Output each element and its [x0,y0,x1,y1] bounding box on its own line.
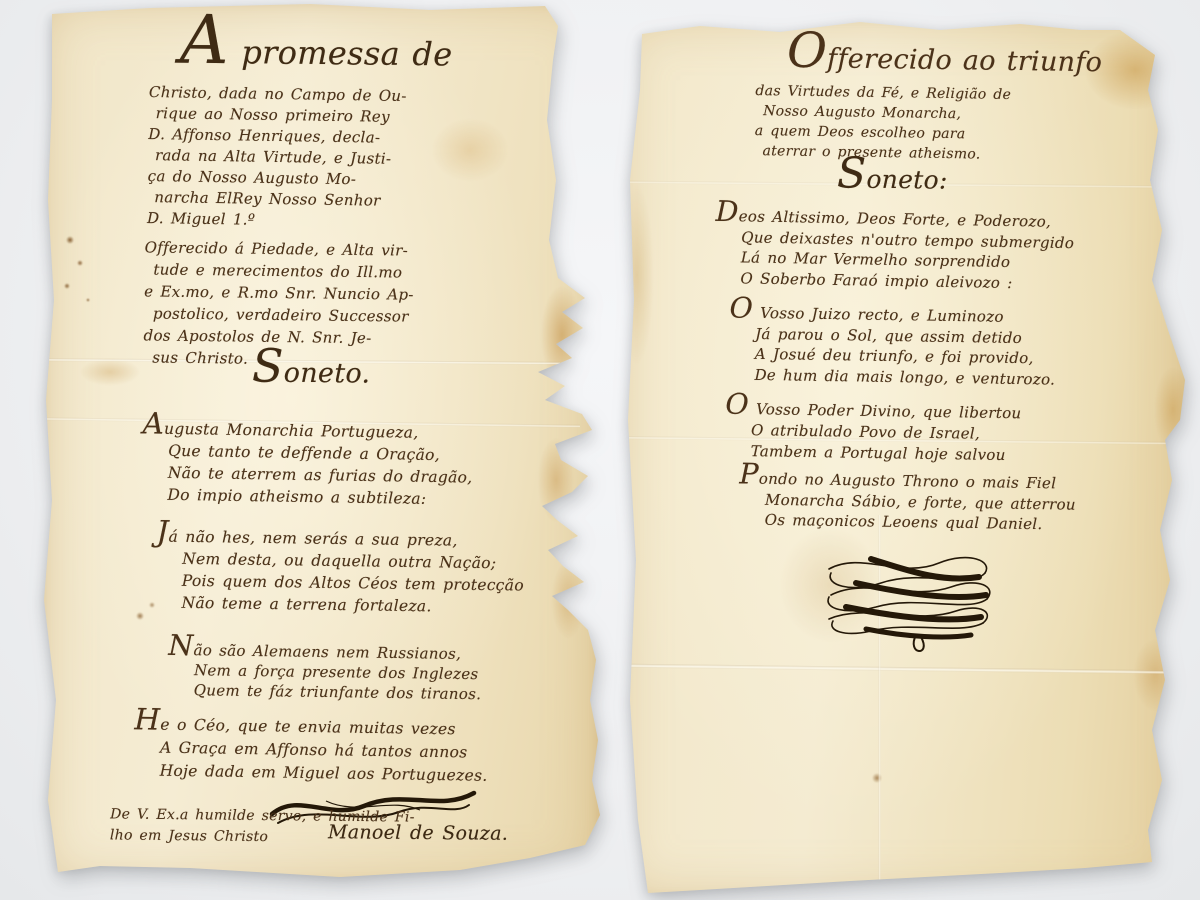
right-stanza-1: Deos Altissimo, Deos Forte, e Poderozo, … [714,206,1074,294]
manuscript-line: Os maçonicos Leoens qual Daniel. [765,510,1076,535]
manuscript-page-right: Offerecido ao triunfo das Virtudes da Fé… [615,15,1190,900]
manuscript-line: Offerecido á Piedade, e Alta vir- [145,236,415,261]
right-soneto-heading: Soneto: [837,164,948,194]
left-page-intro: Christo, dada no Campo de Ou- rique ao N… [147,82,407,233]
left-stanza-3: Não são Alemaens nem Russianos, Nem a fo… [168,640,482,704]
paper-left: A promessa de Christo, dada no Campo de … [40,0,600,885]
paper-right: Offerecido ao triunfo das Virtudes da Fé… [615,15,1190,900]
manuscript-line: D. Miguel 1.º [147,208,405,233]
right-page-title: Offerecido ao triunfo [787,43,1103,78]
manuscript-page-left: A promessa de Christo, dada no Campo de … [40,0,600,885]
manuscript-line: postolico, verdadeiro Successor [153,302,414,327]
manuscript-line: Tambem a Portugal hoje salvou [751,441,1021,466]
right-stanza-3: O Vosso Poder Divino, que libertou O atr… [725,399,1022,467]
manuscript-line: De hum dia mais longo, e venturozo. [754,364,1055,389]
left-stanza-2: Já não hes, nem serás a sua preza, Nem d… [155,525,524,618]
left-page-title: A promessa de [180,33,453,74]
manuscript-line: Do impio atheismo a subtileza: [167,484,472,511]
right-stanza-4: Pondo no Augusto Throno o mais Fiel Mona… [739,468,1077,535]
signature: Manoel de Souza. [328,821,508,845]
manuscript-line: Quem te fáz triunfante dos tiranos. [194,680,482,704]
calligraphic-knot-flourish [811,543,1011,661]
manuscript-line: tude e merecimentos do Ill.mo [153,258,414,283]
fold-crease [615,664,1185,675]
manuscript-line: e Ex.mo, e R.mo Snr. Nuncio Ap- [144,280,414,305]
manuscript-line: aterrar o presente atheismo. [762,141,1010,165]
photo-background: A promessa de Christo, dada no Campo de … [0,0,1200,900]
left-stanza-1: Augusta Monarchia Portugueza, Que tanto … [141,417,473,510]
right-page-subtitle: das Virtudes da Fé, e Religião de Nosso … [754,81,1011,165]
right-stanza-2: O Vosso Juizo recto, e Luminozo Já parou… [728,302,1056,389]
left-soneto-heading: Soneto. [252,357,371,389]
